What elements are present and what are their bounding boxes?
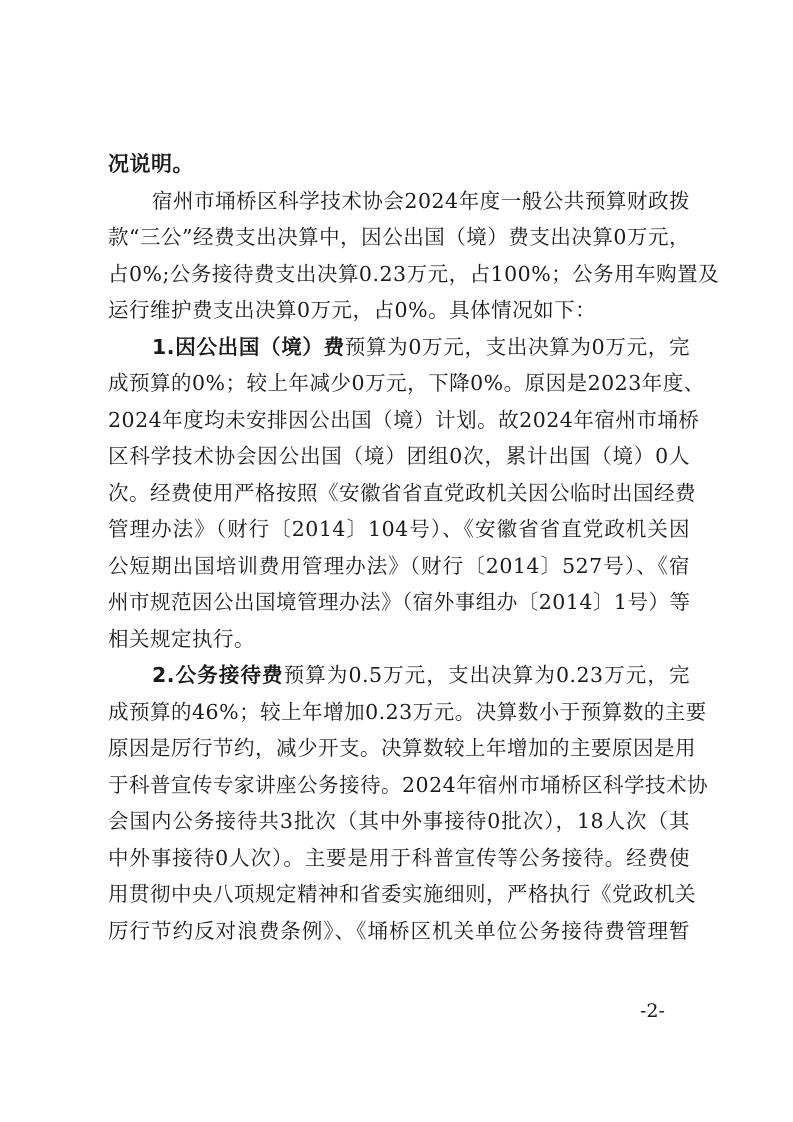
- section-2-heading-line: 2.公务接待费预算为0.5万元，支出决算为0.23万元，完: [108, 657, 690, 694]
- text-line: 会国内公务接待共3批次（其中外事接待0批次），18人次（其: [108, 803, 690, 840]
- text-line: 运行维护费支出决算0万元，占0%。具体情况如下：: [108, 292, 690, 329]
- text-line: 成预算的46%；较上年增加0.23万元。决算数小于预算数的主要: [108, 694, 690, 731]
- text-line: 2024年度均未安排因公出国（境）计划。故2024年宿州市埇桥: [108, 402, 690, 439]
- section-1-title: 1.因公出国（境）费: [152, 335, 345, 359]
- text-line: 公短期出国培训费用管理办法》（财行〔2014〕527号）、《宿: [108, 548, 690, 585]
- text-line: 宿州市埇桥区科学技术协会2024年度一般公共预算财政拨: [108, 183, 690, 220]
- text-line: 州市规范因公出国境管理办法》（宿外事组办〔2014〕1号）等: [108, 584, 690, 621]
- text-line: 管理办法》（财行〔2014〕104号）、《安徽省省直党政机关因: [108, 511, 690, 548]
- text-line: 成预算的0%；较上年减少0万元，下降0%。原因是2023年度、: [108, 365, 690, 402]
- text-line: 厉行节约反对浪费条例》、《埇桥区机关单位公务接待费管理暂: [108, 913, 690, 950]
- text-line: 占0%;公务接待费支出决算0.23万元，占100%；公务用车购置及: [108, 256, 690, 293]
- document-body: 况说明。 宿州市埇桥区科学技术协会2024年度一般公共预算财政拨 款“三公”经费…: [108, 146, 690, 949]
- section-1-text: 预算为0万元，支出决算为0万元，完: [345, 335, 690, 359]
- section-2-text: 预算为0.5万元，支出决算为0.23万元，完: [284, 663, 690, 687]
- text-line: 原因是厉行节约，减少开支。决算数较上年增加的主要原因是用: [108, 730, 690, 767]
- section-1-heading-line: 1.因公出国（境）费预算为0万元，支出决算为0万元，完: [108, 329, 690, 366]
- text-line: 中外事接待0人次）。主要是用于科普宣传等公务接待。经费使: [108, 840, 690, 877]
- text-line: 用贯彻中央八项规定精神和省委实施细则，严格执行《党政机关: [108, 876, 690, 913]
- paragraph-tail-heading: 况说明。: [108, 146, 690, 183]
- text-line: 于科普宣传专家讲座公务接待。2024年宿州市埇桥区科学技术协: [108, 767, 690, 804]
- text-line: 款“三公”经费支出决算中，因公出国（境）费支出决算0万元，: [108, 219, 690, 256]
- section-2-title: 2.公务接待费: [152, 663, 284, 687]
- text-line: 区科学技术协会因公出国（境）团组0次，累计出国（境）0人: [108, 438, 690, 475]
- text-line: 相关规定执行。: [108, 621, 690, 658]
- text-line: 次。经费使用严格按照《安徽省省直党政机关因公临时出国经费: [108, 475, 690, 512]
- page-number: -2-: [640, 1000, 665, 1022]
